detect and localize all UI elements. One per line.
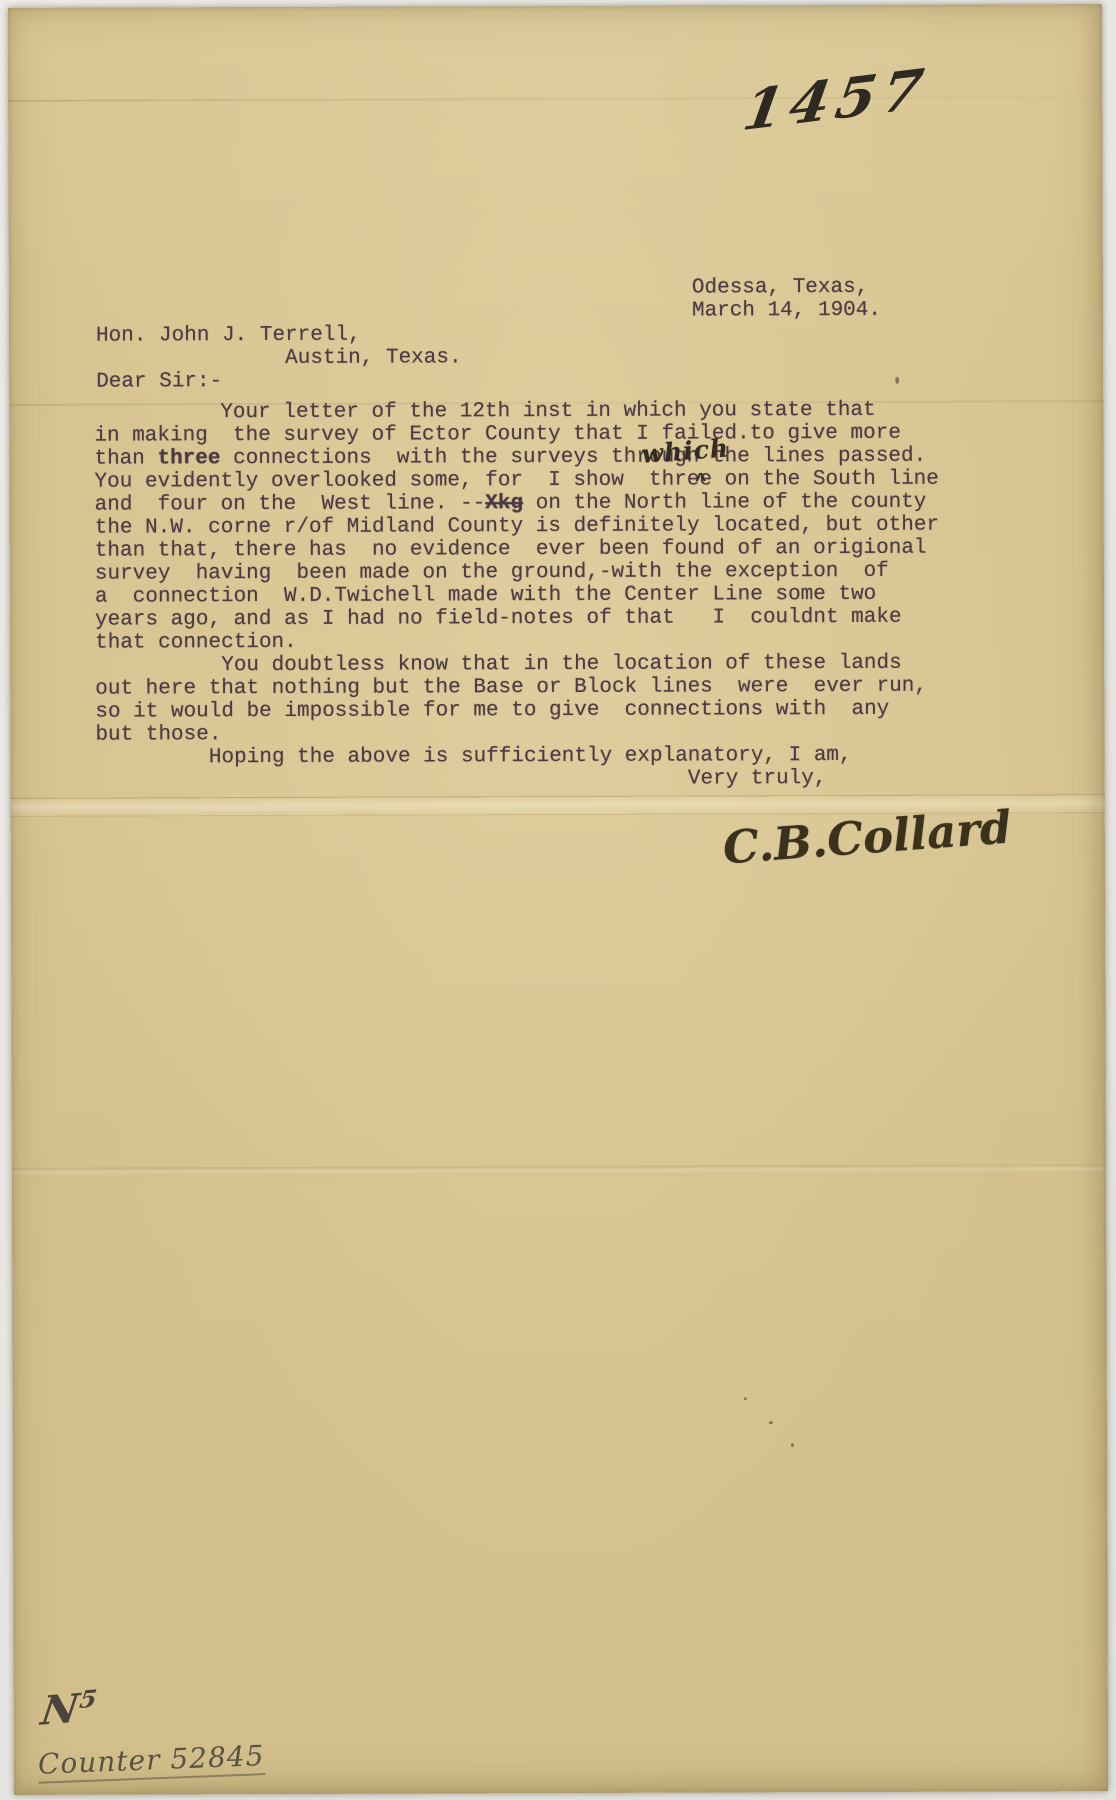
overstruck-word: three — [157, 447, 220, 470]
scan-background: 1457 Odessa, Texas, March 14, 1904. Hon.… — [0, 0, 1116, 1800]
ink-speck — [791, 1443, 794, 1447]
fold-crease-top — [8, 96, 1102, 102]
ink-speck — [895, 377, 899, 384]
typed-line: years ago, and as I had no field-notes o… — [95, 606, 939, 632]
typed-line: so it would be impossible for me to give… — [95, 698, 939, 724]
typed-line: out here that nothing but the Base or Bl… — [95, 675, 939, 701]
typed-line: Your letter of the 12th inst in which yo… — [94, 399, 938, 425]
recipient-block: Hon. John J. Terrell, Austin, Texas. Dea… — [96, 323, 462, 393]
typed-line: but those. — [95, 721, 939, 747]
typed-line: in making the survey of Ector County tha… — [94, 422, 938, 448]
mark-letter: N — [38, 1685, 82, 1735]
letter-body: Your letter of the 12th inst in which yo… — [94, 399, 940, 793]
typed-line: the N.W. corne r/of Midland County is de… — [95, 514, 939, 540]
typed-line: You evidently overlooked some, for I sho… — [95, 468, 939, 494]
closing-line: Hoping the above is sufficiently explana… — [95, 744, 939, 770]
typed-line: a connection W.D.Twichell made with the … — [95, 583, 939, 609]
typed-line: survey having been made on the ground,-w… — [95, 560, 939, 586]
typed-segment: and four on the West line. -- — [95, 492, 486, 516]
date-line: March 14, 1904. — [692, 299, 881, 323]
footer-counter-annotation: Counter 52845 — [37, 1739, 265, 1784]
valediction-line: Very truly, — [96, 767, 940, 793]
typed-line: You doubtless know that in the location … — [95, 652, 939, 678]
ink-speck — [769, 1421, 773, 1424]
typed-line: that connection. — [95, 629, 939, 655]
letter-page: 1457 Odessa, Texas, March 14, 1904. Hon.… — [8, 4, 1108, 1795]
struck-out-text: Xkg — [485, 492, 523, 515]
fold-crease-lower — [12, 1164, 1106, 1178]
place-line: Odessa, Texas, — [692, 276, 881, 300]
typed-segment: connections with the surveys through — [220, 446, 699, 471]
recipient-name-line: Hon. John J. Terrell, — [96, 323, 462, 347]
signature-handwritten: C.B.Collard — [721, 800, 1013, 874]
typed-segment: on the North line of the county — [523, 491, 926, 515]
recipient-address-line: Austin, Texas. — [96, 346, 462, 370]
caret-mark: ^ — [695, 470, 706, 493]
date-block: Odessa, Texas, March 14, 1904. — [692, 276, 881, 323]
typed-segment: than — [94, 447, 157, 470]
handwritten-insertion-which: which — [641, 436, 730, 465]
salutation-line: Dear Sir:- — [96, 369, 462, 393]
typed-line: than that, there has no evidence ever be… — [95, 537, 939, 563]
typed-line-with-insertion: than three connections with the surveys … — [94, 445, 938, 471]
typed-segment: the lines passed. — [699, 445, 926, 469]
handwritten-page-number: 1457 — [739, 56, 934, 144]
typed-line-with-strikeout: and four on the West line. --Xkg on the … — [95, 491, 939, 517]
ink-speck — [744, 1397, 747, 1400]
footer-mark-n5: N5 — [38, 1684, 98, 1735]
mark-superscript: 5 — [78, 1684, 99, 1714]
